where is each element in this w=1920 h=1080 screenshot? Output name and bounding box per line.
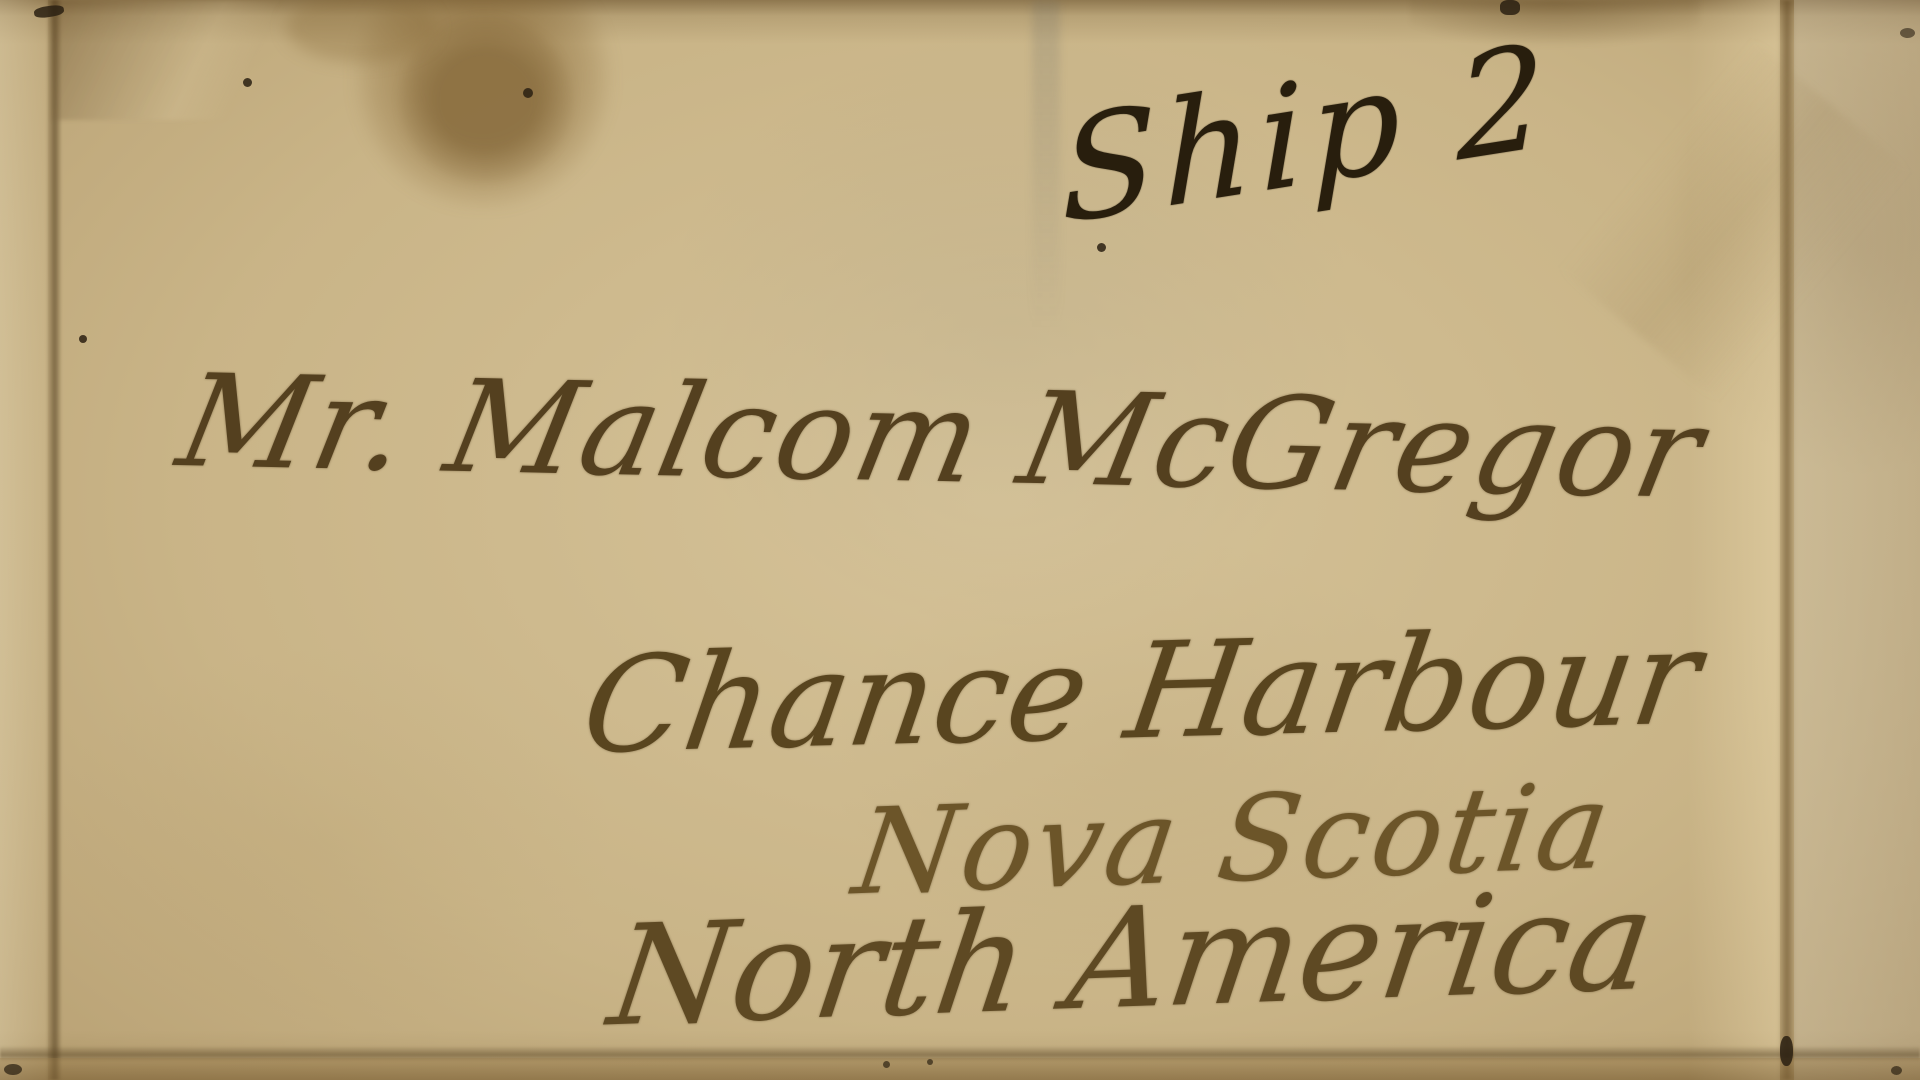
ink-speck [243,78,252,87]
ink-speck [4,1064,22,1075]
address-line-locality: Chance Harbour [575,611,1707,773]
left-fold-crease [46,0,62,1080]
ship-rate-marking: Ship 2 [1060,24,1553,245]
ink-speck [927,1059,933,1065]
paper-crease-streak [1032,0,1060,330]
ink-speck [1891,1066,1902,1075]
ink-speck [1780,1036,1793,1066]
bottom-fold-flap [0,1058,1920,1080]
ink-speck [79,335,87,343]
ink-speck [1900,28,1915,38]
address-line-continent: North America [603,871,1662,1046]
ink-speck [1500,0,1520,15]
address-line-recipient: Mr. Malcom McGregor [170,358,1714,517]
ink-speck [883,1061,890,1068]
envelope-photo: Ship 2 Mr. Malcom McGregor Chance Harbou… [0,0,1920,1080]
top-left-corner-fold [52,0,382,120]
left-fold-flap [0,0,48,1080]
ink-speck [523,88,533,98]
